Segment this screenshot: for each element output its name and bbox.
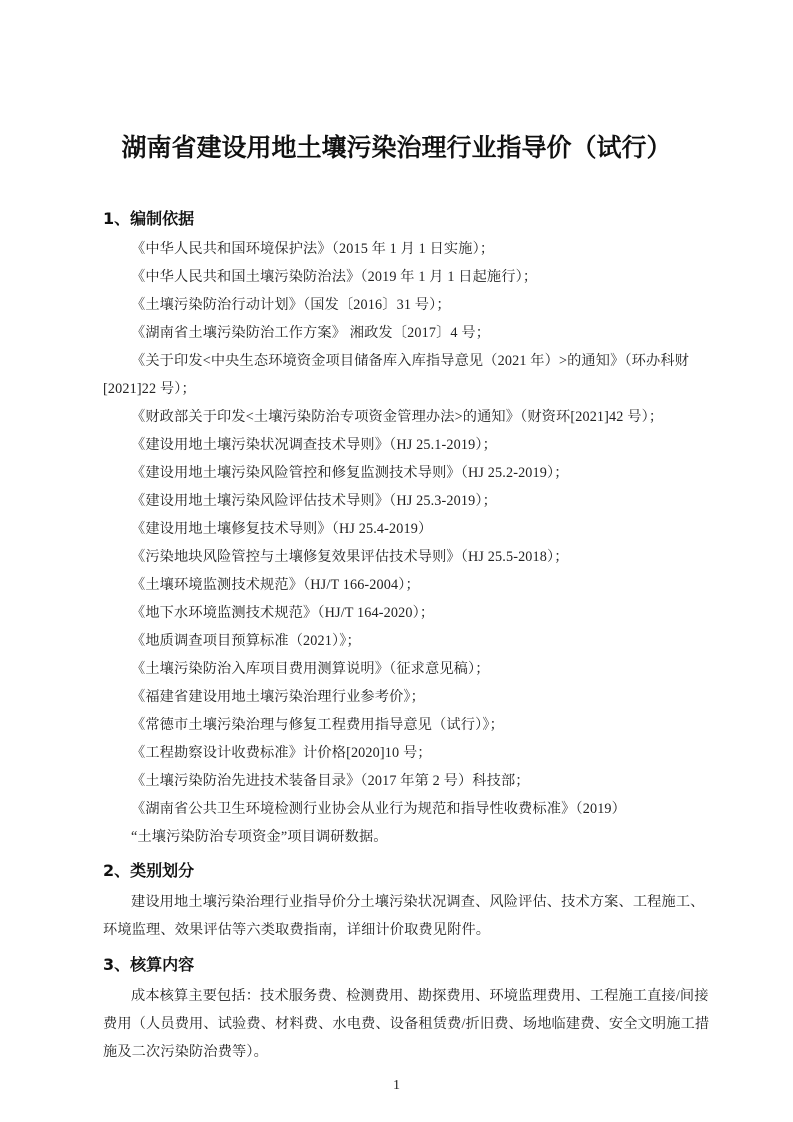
paragraph-line: 成本核算主要包括：技术服务费、检测费用、勘探费用、环境监理费用、工程施工直接/间… xyxy=(131,985,709,1005)
reference-line: 《福建省建设用地土壤污染治理行业参考价》； xyxy=(131,686,425,706)
reference-line: 《土壤污染防治先进技术装备目录》（2017 年第 2 号）科技部； xyxy=(131,770,530,790)
reference-line: 《中华人民共和国环境保护法》（2015 年 1 月 1 日实施）； xyxy=(131,238,494,258)
section-heading-categories: 2、类别划分 xyxy=(103,858,194,881)
reference-line: 《中华人民共和国土壤污染防治法》（2019 年 1 月 1 日起施行）； xyxy=(131,266,537,286)
reference-line: 《关于印发<中央生态环境资金项目储备库入库指导意见（2021 年）>的通知》（环… xyxy=(131,350,689,370)
reference-line: “土壤污染防治专项资金”项目调研数据。 xyxy=(131,826,388,846)
reference-line: 《土壤污染防治入库项目费用测算说明》（征求意见稿）； xyxy=(131,658,490,678)
reference-line: 《地质调查项目预算标准（2021）》； xyxy=(131,630,361,650)
reference-line: 《建设用地土壤污染状况调查技术导则》（HJ 25.1-2019）； xyxy=(131,434,497,454)
page-number: 1 xyxy=(0,1078,793,1094)
reference-line-continuation: [2021]22 号）； xyxy=(103,378,196,398)
section-heading-accounting: 3、核算内容 xyxy=(103,952,194,975)
document-page: 湖南省建设用地土壤污染治理行业指导价（试行） 1、编制依据 《中华人民共和国环境… xyxy=(0,0,793,1122)
reference-line: 《湖南省土壤污染防治工作方案》 湘政发〔2017〕4 号； xyxy=(131,322,490,342)
reference-line: 《土壤环境监测技术规范》（HJ/T 166-2004）； xyxy=(131,574,420,594)
paragraph-line: 建设用地土壤污染治理行业指导价分土壤污染状况调查、风险评估、技术方案、工程施工、 xyxy=(131,891,705,911)
reference-line: 《污染地块风险管控与土壤修复效果评估技术导则》（HJ 25.5-2018）； xyxy=(131,546,569,566)
reference-line: 《湖南省公共卫生环境检测行业协会从业行为规范和指导性收费标准》（2019） xyxy=(131,798,626,818)
reference-line: 《财政部关于印发<土壤污染防治专项资金管理办法>的通知》（财资环[2021]42… xyxy=(131,406,663,426)
reference-line: 《常德市土壤污染治理与修复工程费用指导意见（试行）》； xyxy=(131,714,504,734)
reference-line: 《土壤污染防治行动计划》（国发〔2016〕31 号）； xyxy=(131,294,451,314)
reference-line: 《地下水环境监测技术规范》（HJ/T 164-2020）； xyxy=(131,602,434,622)
reference-line: 《工程勘察设计收费标准》计价格[2020]10 号； xyxy=(131,742,432,762)
paragraph-line: 施及二次污染防治费等）。 xyxy=(103,1041,268,1061)
paragraph-line: 费用（人员费用、试验费、材料费、水电费、设备租赁费/折旧费、场地临建费、安全文明… xyxy=(103,1013,709,1033)
reference-line: 《建设用地土壤修复技术导则》（HJ 25.4-2019） xyxy=(131,518,432,538)
section-heading-basis: 1、编制依据 xyxy=(103,206,194,229)
reference-line: 《建设用地土壤污染风险管控和修复监测技术导则》（HJ 25.2-2019）； xyxy=(131,462,569,482)
document-title: 湖南省建设用地土壤污染治理行业指导价（试行） xyxy=(0,128,793,164)
paragraph-line: 环境监理、效果评估等六类取费指南，详细计价取费见附件。 xyxy=(103,919,490,939)
reference-line: 《建设用地土壤污染风险评估技术导则》（HJ 25.3-2019）； xyxy=(131,490,497,510)
